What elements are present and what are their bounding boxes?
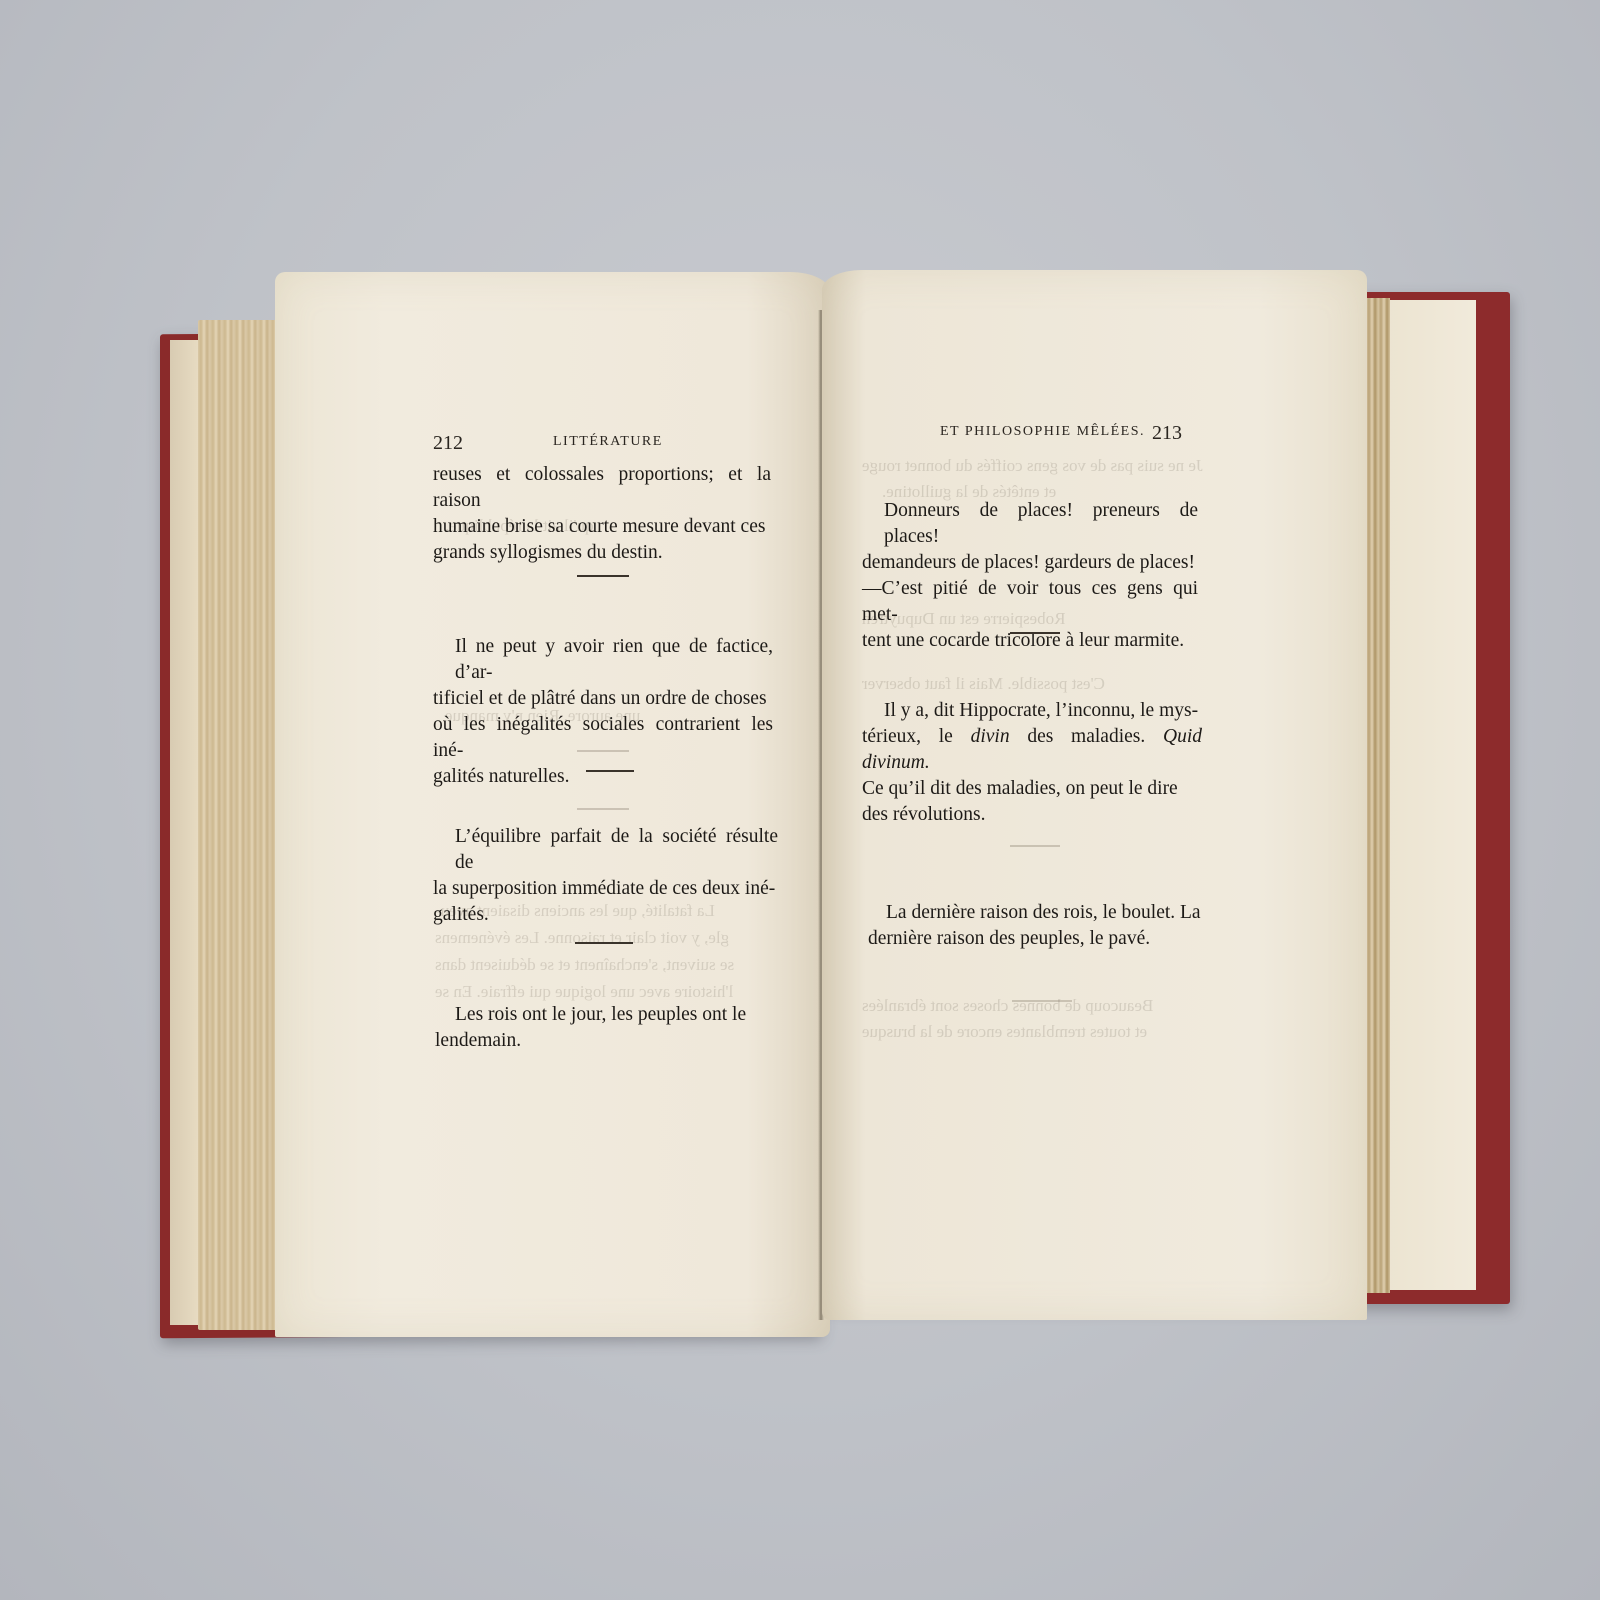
running-head: LITTÉRATURE [553,434,663,450]
open-book: qu'il ait la république. une aurore. Rie… [0,0,1600,1600]
paragraph: Il ne peut y avoir rien que de factice, … [433,634,773,790]
bleed-through-text: se suivent, s'enchaînent et se déduisent… [435,951,734,978]
paragraph: Les rois ont le jour, les peuples ont le… [435,1002,785,1054]
section-divider [1010,632,1060,634]
paragraph: Donneurs de places! preneurs de places! … [862,498,1198,654]
left-endpaper [170,340,200,1325]
paragraph: La dernière raison des rois, le boulet. … [868,900,1208,952]
section-divider [586,770,634,772]
page-number: 212 [433,432,463,455]
running-head: ET PHILOSOPHIE MÊLÉES. [940,424,1145,440]
bleed-through-divider [577,750,629,752]
left-page: qu'il ait la république. une aurore. Rie… [275,272,830,1337]
bleed-through-text: Beaucoup de bonnes choses sont ébranlées [862,992,1153,1019]
bleed-through-text: l'histoire avec une logique qui effraie.… [435,978,733,1005]
paragraph: reuses et colossales proportions; et la … [433,462,771,566]
italic-emphasis: divin [971,726,1010,747]
paragraph: L’équilibre parfait de la société résult… [433,824,778,928]
bleed-through-divider [577,808,629,810]
bleed-through-divider [1010,845,1060,847]
page-number: 213 [1152,422,1182,445]
bleed-through-text: Je ne suis pas de vos gens coiffés du bo… [862,452,1203,479]
bleed-through-text: et toutes tremblantes encore de la brusq… [862,1018,1147,1045]
paragraph: Il y a, dit Hippocrate, l’inconnu, le my… [862,698,1202,828]
bleed-through-divider [1012,1000,1072,1002]
bleed-through-text: C'est possible. Mais il faut observer [862,670,1105,697]
section-divider [575,942,633,944]
bleed-through-text: gle, y voit clair et raisonne. Les événe… [435,924,729,951]
section-divider [577,575,629,577]
right-page: Je ne suis pas de vos gens coiffés du bo… [822,270,1367,1320]
left-page-block-edges [198,320,280,1330]
